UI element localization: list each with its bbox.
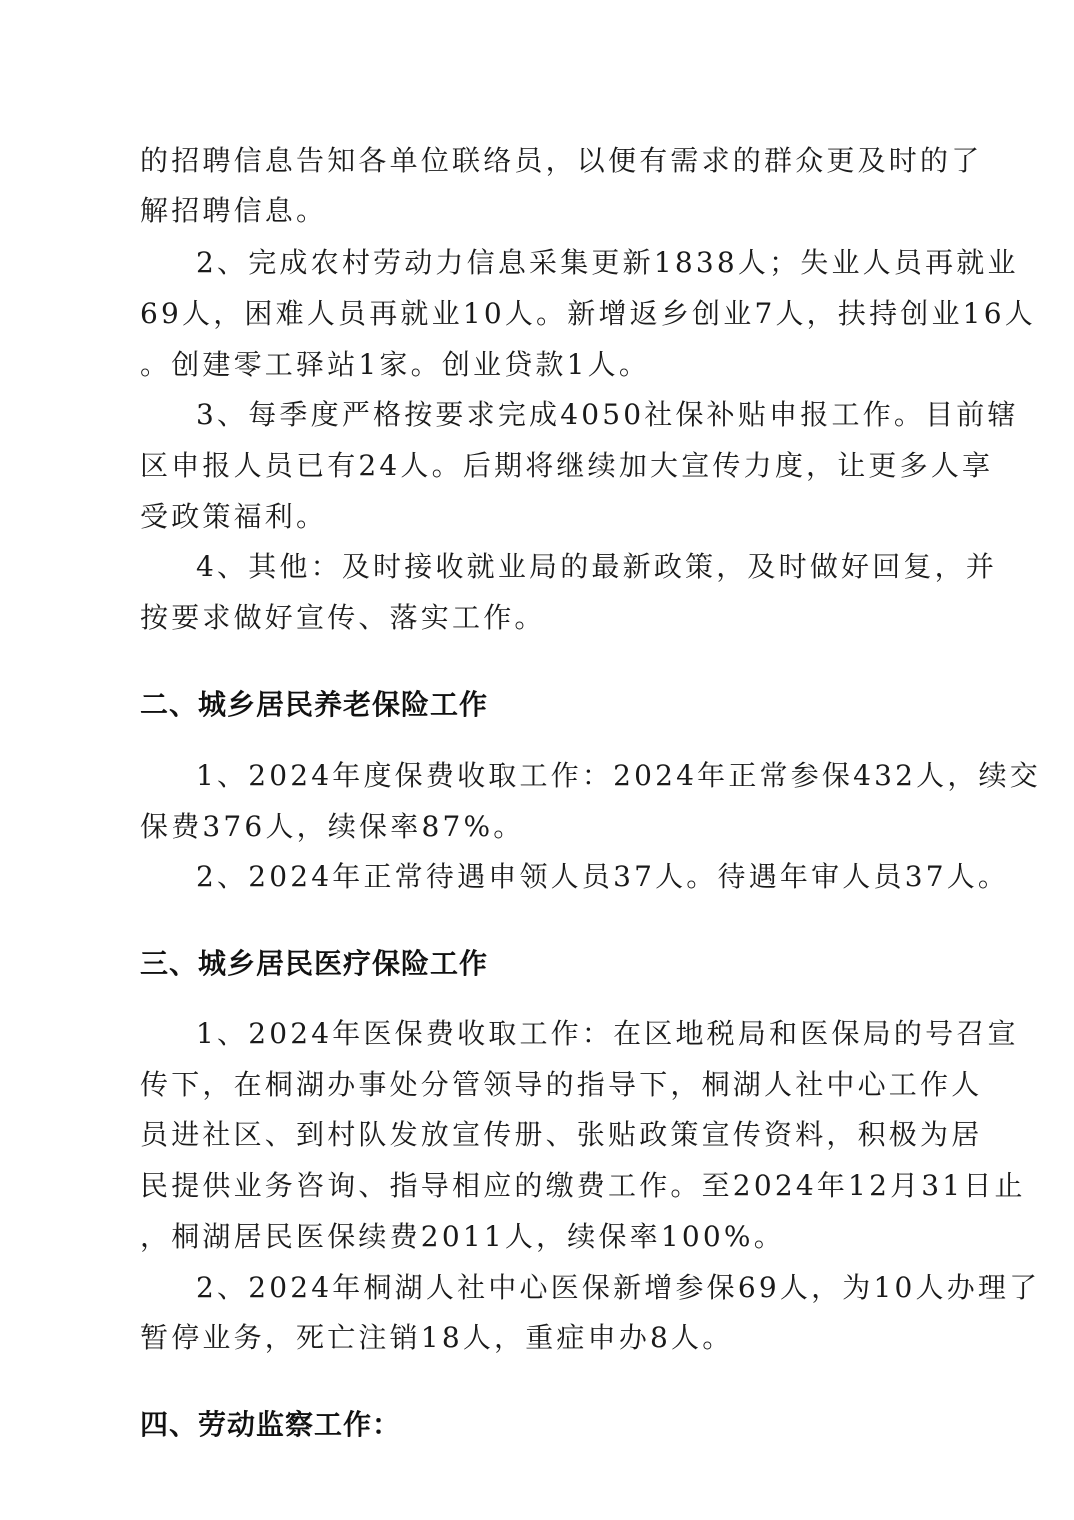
paragraph-line: 传下，在桐湖办事处分管领导的指导下，桐湖人社中心工作人 [140,1068,982,1102]
paragraph-line: 员进社区、到村队发放宣传册、张贴政策宣传资料，积极为居 [140,1118,982,1152]
paragraph-line: 区申报人员已有24人。后期将继续加大宣传力度，让更多人享 [140,449,993,483]
paragraph-line: 暂停业务，死亡注销18人，重症申办8人。 [140,1321,733,1355]
paragraph-line: 按要求做好宣传、落实工作。 [140,601,546,635]
paragraph-line: 2、完成农村劳动力信息采集更新1838人；失业人员再就业 [196,246,1019,280]
paragraph-line: 4、其他：及时接收就业局的最新政策，及时做好回复，并 [196,550,997,584]
paragraph-line: 。创建零工驿站1家。创业贷款1人。 [140,348,650,382]
paragraph-line: 1、2024年医保费收取工作：在区地税局和医保局的号召宣 [196,1017,1019,1051]
paragraph-line: ，桐湖居民医保续费2011人，续保率100%。 [140,1220,785,1254]
paragraph-line: 2、2024年正常待遇申领人员37人。待遇年审人员37人。 [196,860,1009,894]
paragraph-line: 保费376人，续保率87%。 [140,810,524,844]
paragraph-line: 69人，困难人员再就业10人。新增返乡创业7人，扶持创业16人 [140,297,1036,331]
paragraph-line: 2、2024年桐湖人社中心医保新增参保69人，为10人办理了 [196,1271,1040,1305]
paragraph-line: 3、每季度严格按要求完成4050社保补贴申报工作。目前辖 [196,398,1019,432]
paragraph-line: 的招聘信息告知各单位联络员，以便有需求的群众更及时的了 [140,144,982,178]
document-page: 的招聘信息告知各单位联络员，以便有需求的群众更及时的了 解招聘信息。 2、完成农… [0,0,1074,1520]
paragraph-line: 解招聘信息。 [140,194,327,228]
paragraph-line: 1、2024年度保费收取工作：2024年正常参保432人，续交 [196,759,1041,793]
section-heading: 三、城乡居民医疗保险工作 [140,947,488,981]
section-heading: 四、劳动监察工作： [140,1408,401,1442]
paragraph-line: 受政策福利。 [140,500,327,534]
paragraph-line: 民提供业务咨询、指导相应的缴费工作。至2024年12月31日止 [140,1169,1026,1203]
section-heading: 二、城乡居民养老保险工作 [140,688,488,722]
